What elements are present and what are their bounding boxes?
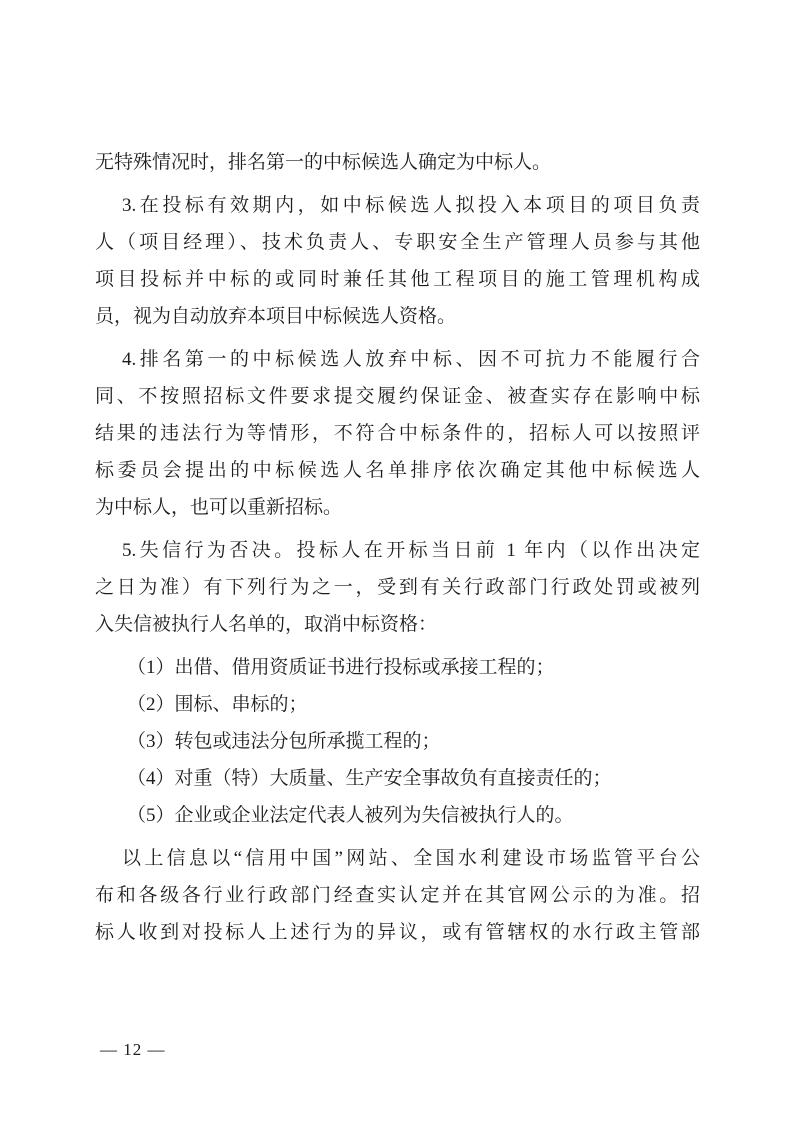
text-line: 3.在投标有效期内，如中标候选人拟投入本项目的项目负责: [95, 187, 700, 224]
text-line: 项目投标并中标的或同时兼任其他工程项目的施工管理机构成: [95, 261, 700, 298]
text-line: 入失信被执行人名单的，取消中标资格：: [95, 606, 700, 643]
text-line: 之日为准）有下列行为之一，受到有关行政部门行政处罚或被列: [95, 569, 700, 606]
text-line: 布和各级各行业行政部门经查实认定并在其官网公示的为准。招: [95, 877, 700, 914]
text-line: 结果的违法行为等情形，不符合中标条件的，招标人可以按照评: [95, 415, 700, 452]
document-page: 无特殊情况时，排名第一的中标候选人确定为中标人。 3.在投标有效期内，如中标候选…: [0, 0, 793, 1122]
text-line: 5.失信行为否决。投标人在开标当日前 1 年内（以作出决定: [95, 532, 700, 569]
list-item-line: （5）企业或企业法定代表人被列为失信被执行人的。: [95, 797, 700, 834]
page-number: — 12 —: [100, 1038, 166, 1062]
list-item-line: （4）对重（特）大质量、生产安全事故负有直接责任的；: [95, 760, 700, 797]
text-line: 4.排名第一的中标候选人放弃中标、因不可抗力不能履行合: [95, 341, 700, 378]
list-item-line: （2）围标、串标的；: [95, 686, 700, 723]
text-line: 标人收到对投标人上述行为的异议，或有管辖权的水行政主管部: [95, 914, 700, 951]
text-line: 员，视为自动放弃本项目中标候选人资格。: [95, 298, 700, 335]
text-line: 为中标人，也可以重新招标。: [95, 489, 700, 526]
document-body: 无特殊情况时，排名第一的中标候选人确定为中标人。 3.在投标有效期内，如中标候选…: [95, 144, 700, 951]
text-line: 标委员会提出的中标候选人名单排序依次确定其他中标候选人: [95, 452, 700, 489]
text-line: 同、不按照招标文件要求提交履约保证金、被查实存在影响中标: [95, 378, 700, 415]
text-line: 以上信息以“信用中国”网站、全国水利建设市场监管平台公: [95, 840, 700, 877]
text-line: 无特殊情况时，排名第一的中标候选人确定为中标人。: [95, 144, 700, 181]
list-item-line: （3）转包或违法分包所承揽工程的；: [95, 723, 700, 760]
list-item-line: （1）出借、借用资质证书进行投标或承接工程的；: [95, 649, 700, 686]
text-line: 人（项目经理）、技术负责人、专职安全生产管理人员参与其他: [95, 224, 700, 261]
